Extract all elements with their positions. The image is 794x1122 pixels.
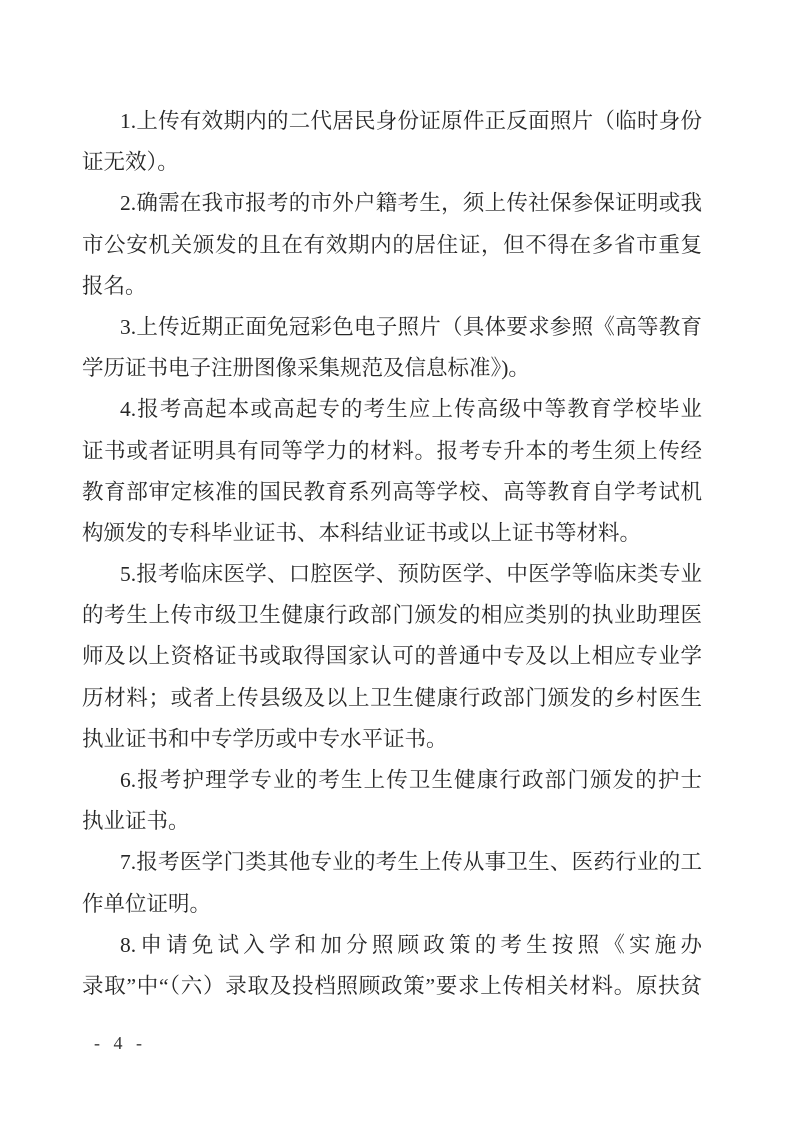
text-line: 构颁发的专科毕业证书、本科结业证书或以上证书等材料。: [82, 513, 702, 554]
text-line: 市公安机关颁发的且在有效期内的居住证，但不得在多省市重复: [82, 225, 702, 266]
text-line: 师及以上资格证书或取得国家认可的普通中专及以上相应专业学: [82, 636, 702, 677]
text-line: 6.报考护理学专业的考生上传卫生健康行政部门颁发的护士: [82, 760, 702, 801]
page-number: - 4 -: [94, 1031, 144, 1055]
text-line: 学历证书电子注册图像采集规范及信息标准》)。: [82, 348, 702, 389]
text-line: 的考生上传市级卫生健康行政部门颁发的相应类别的执业助理医: [82, 595, 702, 636]
text-line: 执业证书和中专学历或中专水平证书。: [82, 719, 702, 760]
document-page: 1.上传有效期内的二代居民身份证原件正反面照片（临时身份证无效）。2.确需在我市…: [0, 0, 794, 1122]
text-line: 录取”中“（六）录取及投档照顾政策”要求上传相关材料。原扶贫: [82, 966, 702, 1007]
text-line: 证书或者证明具有同等学力的材料。报考专升本的考生须上传经: [82, 431, 702, 472]
text-line: 历材料；或者上传县级及以上卫生健康行政部门颁发的乡村医生: [82, 678, 702, 719]
text-line: 1.上传有效期内的二代居民身份证原件正反面照片（临时身份: [82, 101, 702, 142]
text-line: 7.报考医学门类其他专业的考生上传从事卫生、医药行业的工: [82, 842, 702, 883]
text-line: 5.报考临床医学、口腔医学、预防医学、中医学等临床类专业: [82, 554, 702, 595]
text-line: 执业证书。: [82, 801, 702, 842]
document-body: 1.上传有效期内的二代居民身份证原件正反面照片（临时身份证无效）。2.确需在我市…: [82, 101, 702, 1007]
text-line: 4.报考高起本或高起专的考生应上传高级中等教育学校毕业: [82, 389, 702, 430]
text-line: 证无效）。: [82, 142, 702, 183]
text-line: 报名。: [82, 266, 702, 307]
text-line: 3.上传近期正面免冠彩色电子照片（具体要求参照《高等教育: [82, 307, 702, 348]
text-line: 2.确需在我市报考的市外户籍考生，须上传社保参保证明或我: [82, 183, 702, 224]
text-line: 作单位证明。: [82, 884, 702, 925]
text-line: 8.申请免试入学和加分照顾政策的考生按照《实施办法》“四、: [82, 925, 702, 966]
text-line: 教育部审定核准的国民教育系列高等学校、高等教育自学考试机: [82, 472, 702, 513]
